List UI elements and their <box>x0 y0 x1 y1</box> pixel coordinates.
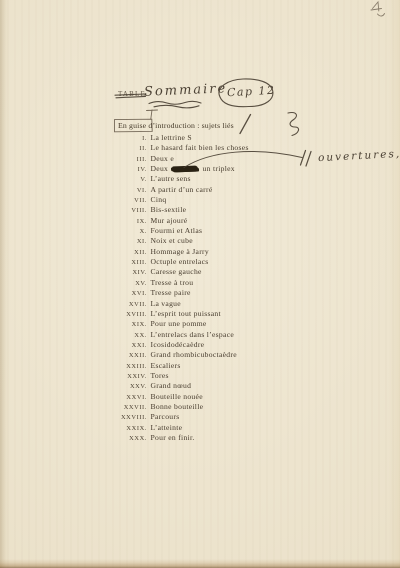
toc-item-numeral: XI. <box>112 237 147 247</box>
underline-squiggle <box>149 101 201 108</box>
toc-item: XV. Tresse à trou <box>112 278 249 288</box>
insert-mark <box>301 151 312 167</box>
toc-item-numeral: XXII. <box>112 351 147 361</box>
toc-item: XXX. Pour en finir. <box>112 433 249 443</box>
toc-item-numeral: XX. <box>112 331 147 341</box>
toc-item: XI. Noix et cube <box>112 236 249 246</box>
toc-item-numeral: XVIII. <box>112 310 147 320</box>
toc-item-numeral: V. <box>112 175 147 185</box>
toc-item-title: Caresse gauche <box>151 267 202 277</box>
toc-item-title: Pour une pomme <box>151 319 207 329</box>
toc-item-numeral: XXIII. <box>112 362 147 372</box>
toc-item: XVIII. L’esprit tout puissant <box>112 309 249 319</box>
toc-item-title: Mur ajouré <box>151 216 188 226</box>
toc-item-numeral: XVII. <box>112 300 147 310</box>
toc-item-title: Deux un triplex <box>151 164 235 174</box>
toc-item-numeral: I. <box>112 134 147 144</box>
toc-item: I. La lettrine S <box>112 133 249 143</box>
toc-item: XII. Hommage à Jarry <box>112 247 249 257</box>
toc-item: VII. Cinq <box>112 195 249 205</box>
toc-item: XXVI. Bouteille nouée <box>112 392 249 402</box>
toc-item-numeral: XXVIII. <box>112 413 147 423</box>
toc-item: XIV. Caresse gauche <box>112 267 249 277</box>
toc-item-title: Grand nœud <box>151 381 192 391</box>
section-heading-boxed: En guise <box>118 121 146 130</box>
toc-item-title: Escaliers <box>151 361 181 371</box>
toc-item-title: Bouteille nouée <box>151 392 203 402</box>
toc-item: IV. Deux un triplex <box>112 164 249 174</box>
toc-item-numeral: XXIV. <box>112 372 147 382</box>
section-heading: En guise d’introduction : sujets liés <box>118 121 234 130</box>
toc-item: XVII. La vague <box>112 299 249 309</box>
toc-item-title: Icosidodécaèdre <box>151 340 205 350</box>
paraph-squiggle <box>288 113 299 136</box>
toc-item: XIX. Pour une pomme <box>112 319 249 329</box>
toc-item-title: Tores <box>151 371 169 381</box>
printed-struck-title: TABLE <box>118 90 146 98</box>
toc-item: V. L’autre sens <box>112 174 249 184</box>
toc-item-title: Cinq <box>151 195 167 205</box>
toc-item-numeral: IX. <box>112 217 147 227</box>
toc-item-title: L’autre sens <box>151 174 191 184</box>
ink-scribble <box>172 166 198 173</box>
toc-item-numeral: XXI. <box>112 341 147 351</box>
toc-item: X. Fourmi et Atlas <box>112 226 249 236</box>
toc-item-numeral: XXIX. <box>112 424 147 434</box>
toc-item: XXIV. Tores <box>112 371 249 381</box>
toc-item-title: Noix et cube <box>151 236 193 246</box>
toc-item-numeral: XXVII. <box>112 403 147 413</box>
toc-item: XXVIII. Parcours <box>112 412 249 422</box>
toc-item-numeral: X. <box>112 227 147 237</box>
toc-item-numeral: XII. <box>112 248 147 258</box>
toc-item-title: Octuple entrelacs <box>151 257 209 267</box>
toc-item-title: Parcours <box>151 412 180 422</box>
toc-item-title: La lettrine S <box>151 133 192 143</box>
toc-item: II. Le hasard fait bien les choses <box>112 143 249 153</box>
toc-item: IX. Mur ajouré <box>112 216 249 226</box>
toc-item: XXIX. L’atteinte <box>112 423 249 433</box>
toc-item-title: Grand rhombicuboctaèdre <box>151 350 237 360</box>
toc-item-numeral: XXVI. <box>112 393 147 403</box>
toc-item-title: A partir d’un carré <box>151 185 213 195</box>
toc-item: XXI. Icosidodécaèdre <box>112 340 249 350</box>
toc-item-title: L’entrelacs dans l’espace <box>151 330 235 340</box>
toc-item-numeral: XXV. <box>112 382 147 392</box>
toc-item-title: Le hasard fait bien les choses <box>151 143 249 153</box>
toc-item-numeral: II. <box>112 144 147 154</box>
toc-item-numeral: XIX. <box>112 320 147 330</box>
toc-item-title: Bonne bouteille <box>151 402 204 412</box>
toc-item-numeral: IV. <box>112 165 147 175</box>
toc-item-title: Tresse à trou <box>151 278 194 288</box>
slash-mark <box>240 115 251 134</box>
toc-item-title: L’esprit tout puissant <box>151 309 221 319</box>
toc-item-numeral: XXX. <box>112 434 147 444</box>
scanned-book-page: TABLE Sommaire Cap 12 ouvertures, En gui… <box>0 0 400 568</box>
handwritten-margin-note: ouvertures, <box>318 148 400 164</box>
toc-item-numeral: XVI. <box>112 289 147 299</box>
toc-item: VIII. Bis-sextile <box>112 205 249 215</box>
toc-item-title: Fourmi et Atlas <box>151 226 203 236</box>
toc-item: XVI. Tresse paire <box>112 288 249 298</box>
toc-item-title: Bis-sextile <box>151 205 187 215</box>
toc-item: XIII. Octuple entrelacs <box>112 257 249 267</box>
section-heading-rest: d’introduction : sujets liés <box>148 121 233 130</box>
pencil-box-tick <box>147 110 158 119</box>
toc-item-numeral: XIII. <box>112 258 147 268</box>
handwritten-chapter-note: Cap 12 <box>227 84 276 100</box>
toc-item-title: Deux e <box>151 154 175 164</box>
toc-item-numeral: VII. <box>112 196 147 206</box>
toc-item: XXVII. Bonne bouteille <box>112 402 249 412</box>
toc-item-title: La vague <box>151 299 181 309</box>
toc-item-title: Tresse paire <box>151 288 191 298</box>
toc-item: III. Deux e <box>112 154 249 164</box>
toc-item-title: Hommage à Jarry <box>151 247 209 257</box>
toc-item-title: Pour en finir. <box>151 433 195 443</box>
toc-item-numeral: III. <box>112 155 147 165</box>
toc-item-numeral: VI. <box>112 186 147 196</box>
toc-item-title: L’atteinte <box>151 423 183 433</box>
toc-item-numeral: XV. <box>112 279 147 289</box>
toc-item: XXIII. Escaliers <box>112 361 249 371</box>
toc-item: XXII. Grand rhombicuboctaèdre <box>112 350 249 360</box>
toc-item: XXV. Grand nœud <box>112 381 249 391</box>
corner-pencil-mark <box>371 2 385 16</box>
toc-item: XX. L’entrelacs dans l’espace <box>112 330 249 340</box>
toc-list: I. La lettrine S II. Le hasard fait bien… <box>112 133 249 443</box>
handwritten-title: Sommaire <box>144 81 228 100</box>
toc-item: VI. A partir d’un carré <box>112 185 249 195</box>
toc-item-numeral: XIV. <box>112 268 147 278</box>
toc-item-numeral: VIII. <box>112 206 147 216</box>
